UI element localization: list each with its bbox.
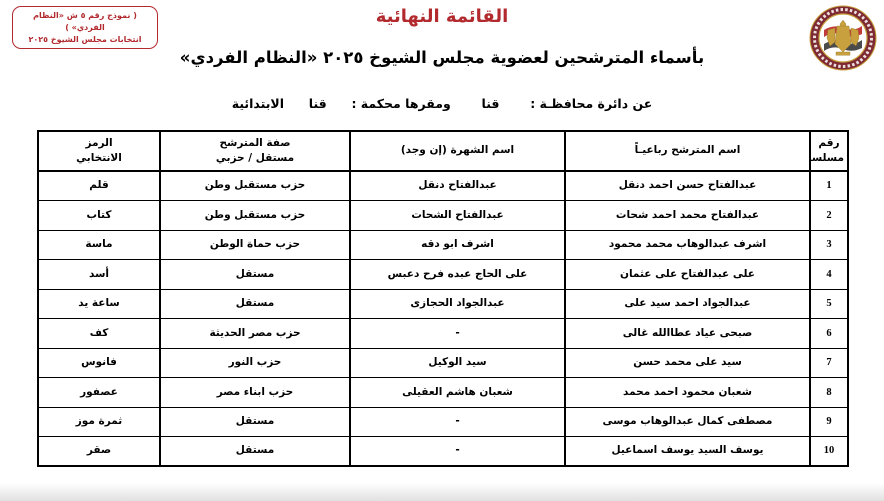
cell-capacity: مستقل xyxy=(160,437,350,467)
cell-capacity: مستقل xyxy=(160,289,350,319)
table-row: 1 عبدالفتاح حسن احمد دنقل عبدالفتاح دنقل… xyxy=(38,171,848,201)
cell-symbol: ساعة يد xyxy=(38,289,160,319)
table-row: 3 اشرف عبدالوهاب محمد محمود اشرف ابو دقه… xyxy=(38,230,848,260)
cell-serial: 4 xyxy=(810,260,848,290)
cell-known-as: - xyxy=(350,437,565,467)
district-value: قنا xyxy=(482,96,500,111)
table-row: 9 مصطفى كمال عبدالوهاب موسى - مستقل ثمرة… xyxy=(38,407,848,437)
page-title: القائمة النهائية xyxy=(0,6,884,27)
cell-symbol: قلم xyxy=(38,171,160,201)
cell-name: مصطفى كمال عبدالوهاب موسى xyxy=(565,407,810,437)
table-row: 4 على عبدالفتاح على عثمان على الحاج عبده… xyxy=(38,260,848,290)
cell-name: عبدالجواد احمد سيد على xyxy=(565,289,810,319)
header-symbol: الرمز الانتخابي xyxy=(38,131,160,171)
court-suffix: الابتدائية xyxy=(232,96,284,111)
table-row: 5 عبدالجواد احمد سيد على عبدالجواد الحجا… xyxy=(38,289,848,319)
cell-known-as: - xyxy=(350,407,565,437)
cell-serial: 1 xyxy=(810,171,848,201)
cell-capacity: حزب مستقبل وطن xyxy=(160,201,350,231)
candidates-table-header: رقم مسلسل اسم المترشح رباعيـاً اسم الشهر… xyxy=(38,131,848,171)
cell-name: يوسف السيد يوسف اسماعيل xyxy=(565,437,810,467)
district-line: عن دائرة محافظـة : قنا ومقرها محكمة : قن… xyxy=(0,96,884,111)
cell-capacity: حزب النور xyxy=(160,348,350,378)
cell-known-as: عبدالفتاح الشحات xyxy=(350,201,565,231)
cell-known-as: سيد الوكيل xyxy=(350,348,565,378)
cell-name: عبدالفتاح محمد احمد شحات xyxy=(565,201,810,231)
header-name: اسم المترشح رباعيـاً xyxy=(565,131,810,171)
cell-symbol: عصفور xyxy=(38,378,160,408)
cell-serial: 9 xyxy=(810,407,848,437)
cell-name: على عبدالفتاح على عثمان xyxy=(565,260,810,290)
cell-serial: 10 xyxy=(810,437,848,467)
final-candidate-list-page: { "colors": { "accent_red": "#b22a2e", "… xyxy=(0,0,884,501)
cell-name: صبحى عياد عطاالله غالى xyxy=(565,319,810,349)
cell-name: شعبان محمود احمد محمد xyxy=(565,378,810,408)
cell-known-as: عبدالجواد الحجازى xyxy=(350,289,565,319)
cell-known-as: عبدالفتاح دنقل xyxy=(350,171,565,201)
court-label: ومقرها محكمة : xyxy=(351,96,450,111)
candidates-table: رقم مسلسل اسم المترشح رباعيـاً اسم الشهر… xyxy=(37,130,849,467)
cell-serial: 5 xyxy=(810,289,848,319)
cell-symbol: كف xyxy=(38,319,160,349)
cell-capacity: حزب حماة الوطن xyxy=(160,230,350,260)
cell-name: سيد على محمد حسن xyxy=(565,348,810,378)
cell-symbol: فانوس xyxy=(38,348,160,378)
cell-known-as: على الحاج عبده فرح دعبس xyxy=(350,260,565,290)
cell-symbol: صقر xyxy=(38,437,160,467)
header-capacity: صفة المترشح مستقل / حزبي xyxy=(160,131,350,171)
form-number-line2: انتخابات مجلس الشيوخ ٢٠٢٥ xyxy=(17,34,153,46)
cell-serial: 2 xyxy=(810,201,848,231)
cell-capacity: حزب ابناء مصر xyxy=(160,378,350,408)
cell-serial: 8 xyxy=(810,378,848,408)
candidates-table-body: 1 عبدالفتاح حسن احمد دنقل عبدالفتاح دنقل… xyxy=(38,171,848,466)
cell-symbol: كتاب xyxy=(38,201,160,231)
cell-capacity: مستقل xyxy=(160,260,350,290)
table-row: 6 صبحى عياد عطاالله غالى - حزب مصر الحدي… xyxy=(38,319,848,349)
cell-capacity: حزب مستقبل وطن xyxy=(160,171,350,201)
cell-known-as: شعبان هاشم العقيلى xyxy=(350,378,565,408)
cell-name: اشرف عبدالوهاب محمد محمود xyxy=(565,230,810,260)
cell-known-as: اشرف ابو دقه xyxy=(350,230,565,260)
cell-capacity: مستقل xyxy=(160,407,350,437)
header-serial: رقم مسلسل xyxy=(810,131,848,171)
header-known-as: اسم الشهرة (إن وجد) xyxy=(350,131,565,171)
cell-symbol: أسد xyxy=(38,260,160,290)
scan-edge-shade xyxy=(0,483,884,501)
cell-serial: 6 xyxy=(810,319,848,349)
table-row: 2 عبدالفتاح محمد احمد شحات عبدالفتاح الش… xyxy=(38,201,848,231)
district-label: عن دائرة محافظـة : xyxy=(530,96,652,111)
court-value: قنا xyxy=(309,96,327,111)
cell-symbol: ثمرة موز xyxy=(38,407,160,437)
table-row: 7 سيد على محمد حسن سيد الوكيل حزب النور … xyxy=(38,348,848,378)
list-subtitle: بأسماء المترشحين لعضوية مجلس الشيوخ ٢٠٢٥… xyxy=(0,48,884,67)
cell-serial: 7 xyxy=(810,348,848,378)
table-row: 8 شعبان محمود احمد محمد شعبان هاشم العقي… xyxy=(38,378,848,408)
cell-serial: 3 xyxy=(810,230,848,260)
table-row: 10 يوسف السيد يوسف اسماعيل - مستقل صقر xyxy=(38,437,848,467)
cell-name: عبدالفتاح حسن احمد دنقل xyxy=(565,171,810,201)
cell-capacity: حزب مصر الحديثة xyxy=(160,319,350,349)
cell-known-as: - xyxy=(350,319,565,349)
cell-symbol: ماسة xyxy=(38,230,160,260)
